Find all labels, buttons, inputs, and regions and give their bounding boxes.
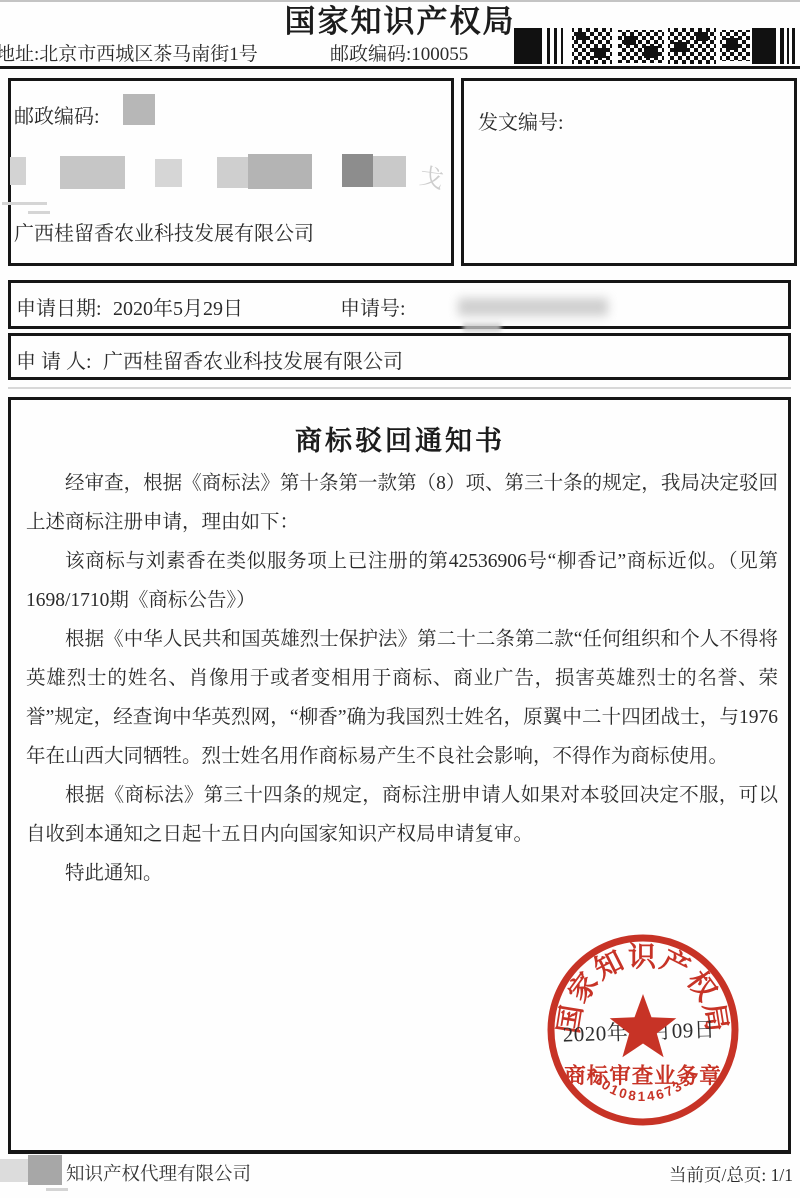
header-postal-code: 邮政编码:100055 [330, 39, 468, 66]
redaction-block [123, 94, 155, 125]
seal-star [610, 994, 677, 1057]
recipient-postal-label: 邮政编码: [14, 100, 100, 129]
notice-text: 经审查，根据《商标法》第十条第一款第（8）项、第三十条的规定，我局决定驳回上述商… [26, 464, 778, 893]
application-number-redacted [458, 298, 608, 316]
redaction-block [217, 157, 248, 188]
notice-paragraph: 该商标与刘素香在类似服务项上已注册的第42536906号“柳香记”商标近似。（见… [26, 542, 778, 620]
application-date-value: 2020年5月29日 [113, 292, 243, 321]
header-divider [0, 66, 800, 69]
applicant-label: 申 请 人: [16, 345, 92, 374]
redaction-block [248, 154, 312, 189]
redaction-block [342, 154, 373, 187]
document-page: 国家知识产权局 地址:北京市西城区茶马南街1号 邮政编码:100055 邮政编 [0, 0, 800, 1198]
scan-artifact [46, 1188, 68, 1191]
scan-artifact [2, 202, 47, 205]
scan-artifact [28, 211, 50, 214]
notice-paragraph: 经审查，根据《商标法》第十条第一款第（8）项、第三十条的规定，我局决定驳回上述商… [26, 464, 778, 542]
header-address: 地址:北京市西城区茶马南街1号 [0, 39, 258, 66]
notice-closing: 特此通知。 [26, 854, 778, 893]
page-indicator: 当前页/总页: 1/1 [669, 1162, 793, 1187]
agency-name: 知识产权代理有限公司 [66, 1160, 251, 1186]
redaction-block [10, 157, 26, 185]
notice-paragraph: 根据《商标法》第三十四条的规定，商标注册申请人如果对本驳回决定不服，可以自收到本… [26, 776, 778, 854]
application-date-label: 申请日期: [16, 292, 102, 321]
scan-artifact [8, 387, 791, 389]
applicant-name: 广西桂留香农业科技发展有限公司 [103, 345, 403, 374]
doc-number-label: 发文编号: [478, 106, 564, 135]
recipient-company: 广西桂留香农业科技发展有限公司 [14, 217, 314, 246]
seal-banner-text: 商标审查业务章 [564, 1063, 722, 1088]
redaction-block [373, 156, 406, 187]
redaction-block [155, 159, 182, 187]
redaction-block [0, 1159, 28, 1182]
scan-artifact [463, 323, 501, 332]
barcode [514, 28, 795, 65]
redaction-block [28, 1155, 62, 1185]
notice-paragraph: 根据《中华人民共和国英雄烈士保护法》第二十二条第二款“任何组织和个人不得将英雄烈… [26, 620, 778, 776]
application-number-label: 申请号: [340, 292, 406, 321]
notice-title: 商标驳回通知书 [0, 419, 800, 458]
redaction-block [60, 156, 125, 189]
official-seal: 国家知识产权局 1101081467331 商标审查业务章 2020年10月09… [541, 930, 745, 1134]
